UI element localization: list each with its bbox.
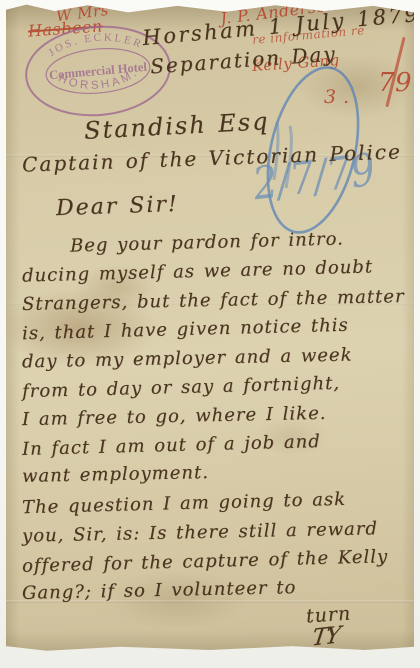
signature-flourish: TY [310, 622, 340, 651]
body-line: is, that I have given notice this [22, 315, 349, 345]
red-annotation-topleft-struck: Hasbeen [27, 16, 103, 40]
hotel-stamp-name: Commercial Hotel [49, 60, 148, 83]
body-line: want employment. [22, 462, 209, 487]
recipient-title: Captain of the Victorian Police [22, 139, 403, 176]
scanned-letter-page: { "letter": { "place_date": "Horsham 1 J… [0, 0, 420, 668]
recipient-name: Standish Esq [83, 107, 270, 145]
body-line: offered for the capture of the Kelly [22, 546, 389, 577]
letter-paper: W Mrs Hasbeen JOS. ECKLER Commercial Hot… [6, 2, 414, 652]
body-line: you, Sir, is: Is there still a reward [22, 518, 378, 546]
salutation: Dear Sir! [56, 192, 180, 221]
body-line: The question I am going to ask [22, 489, 347, 518]
body-line: ducing myself as we are no doubt [22, 256, 374, 286]
body-line: I am free to go, where I like. [22, 403, 327, 430]
body-line: In fact I am out of a job and [22, 431, 321, 460]
body-line: day to my employer and a week [22, 345, 353, 373]
svg-text:HORSHAM.: HORSHAM. [56, 66, 143, 96]
body-line: Beg your pardon for intro. [70, 228, 344, 256]
body-line: from to day or say a fortnight, [22, 373, 341, 402]
red-number-small: 3 . [324, 86, 350, 108]
hotel-stamp-town-arc: HORSHAM. [56, 66, 143, 96]
body-line: Gang?; if so I volunteer to [22, 577, 297, 604]
body-line: Strangers, but the fact of the matter [22, 286, 405, 315]
